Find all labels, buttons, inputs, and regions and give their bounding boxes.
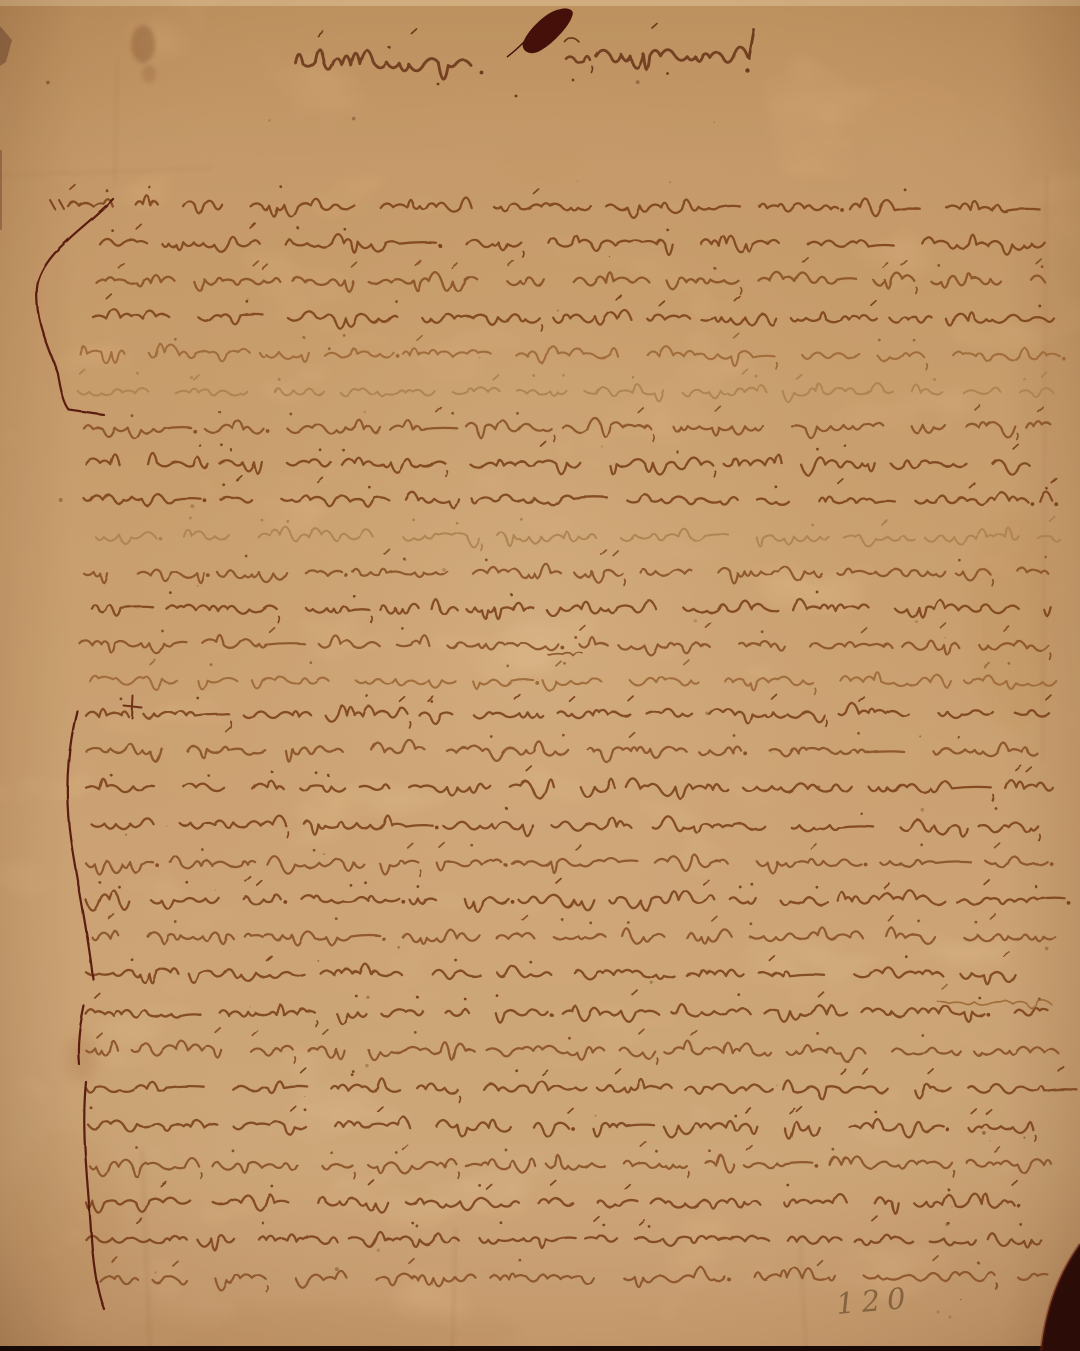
- diacritic-dot: [210, 663, 213, 666]
- diacritic-dot: [401, 627, 404, 630]
- paper-speck: [197, 585, 199, 587]
- diacritic-dot: [505, 1149, 508, 1152]
- comma-mark: [657, 1058, 658, 1064]
- diacritic-dot: [947, 1222, 950, 1225]
- diacritic-dot: [131, 414, 134, 417]
- paper-speck: [364, 411, 367, 414]
- diacritic-dot: [431, 701, 434, 704]
- page-number-dot: [937, 1311, 940, 1314]
- diacritic-dot: [464, 998, 467, 1001]
- diacritic-dot: [310, 662, 313, 665]
- paper-speck: [166, 825, 167, 826]
- period-dot: [1062, 357, 1066, 361]
- diacritic-dot: [774, 485, 777, 488]
- diacritic-dot: [786, 1183, 789, 1186]
- diacritic-dot: [350, 884, 353, 887]
- diacritic-dot: [816, 447, 819, 450]
- paper-stain: [845, 80, 965, 160]
- diacritic-dot: [532, 374, 535, 377]
- diacritic-dot: [739, 886, 742, 889]
- diacritic-dot: [562, 734, 565, 737]
- diacritic-dot: [395, 300, 398, 303]
- diacritic-dot: [515, 1069, 518, 1072]
- paper-speck: [557, 309, 560, 312]
- comma-mark: [625, 580, 626, 586]
- paper-speck: [154, 1271, 157, 1274]
- diacritic-dot: [312, 848, 315, 851]
- period-dot: [479, 70, 483, 74]
- diacritic-dot: [1045, 487, 1048, 490]
- diacritic-dot: [169, 591, 172, 594]
- diacritic-dot: [416, 885, 419, 888]
- paper-speck: [249, 1006, 250, 1007]
- comma-mark: [715, 471, 716, 477]
- diacritic-dot: [505, 807, 508, 810]
- comma-mark: [815, 688, 816, 694]
- scan-edge-bottom: [0, 1346, 1080, 1351]
- diacritic-dot: [978, 996, 981, 999]
- paper-speck: [609, 256, 610, 257]
- diacritic-dot: [520, 518, 523, 521]
- paper-speck: [944, 637, 946, 639]
- period-dot: [535, 681, 539, 685]
- period-dot: [986, 1012, 990, 1016]
- diacritic-dot: [161, 630, 164, 633]
- diacritic-dot: [304, 1108, 307, 1111]
- period-dot: [504, 863, 508, 867]
- paper-speck: [577, 180, 579, 182]
- diacritic-dot: [921, 1034, 924, 1037]
- diacritic-dot: [352, 1070, 355, 1073]
- diacritic-dot: [755, 375, 758, 378]
- diacritic-dot: [761, 631, 764, 634]
- period-dot: [396, 355, 400, 359]
- paper-speck: [770, 751, 772, 753]
- diacritic-dot: [198, 444, 201, 447]
- period-dot: [727, 1278, 731, 1282]
- diacritic-dot: [289, 413, 292, 416]
- diacritic-dot: [364, 881, 367, 884]
- paper-speck: [636, 80, 640, 84]
- period-dot: [193, 429, 197, 433]
- comma-mark: [592, 67, 593, 73]
- diacritic-dot: [1035, 886, 1038, 889]
- diacritic-dot: [111, 229, 114, 232]
- diacritic-dot: [817, 1033, 820, 1036]
- diacritic-dot: [750, 883, 753, 886]
- diacritic-dot: [244, 554, 247, 557]
- paper-speck: [990, 1140, 991, 1141]
- comma-mark: [480, 544, 481, 550]
- diacritic-dot: [262, 1222, 265, 1225]
- diacritic-dot: [190, 376, 193, 379]
- paper-speck: [479, 357, 480, 358]
- paper-speck: [190, 504, 194, 508]
- paper-speck: [1045, 947, 1049, 951]
- comma-mark: [459, 1096, 460, 1102]
- paper-speck: [304, 1096, 306, 1098]
- diacritic-dot: [271, 770, 274, 773]
- diacritic-dot: [118, 886, 121, 889]
- period-dot: [203, 499, 207, 503]
- diacritic-dot: [995, 807, 998, 810]
- comma-mark: [993, 795, 994, 801]
- paper-stain: [142, 65, 156, 83]
- diacritic-dot: [303, 336, 306, 339]
- diacritic-dot: [471, 844, 474, 847]
- diacritic-dot: [355, 995, 358, 998]
- comma-mark: [522, 251, 523, 257]
- paper-speck: [317, 960, 319, 962]
- diacritic-dot: [734, 1114, 737, 1117]
- comma-mark: [446, 471, 447, 477]
- diacritic-dot: [297, 227, 300, 230]
- paper-speck: [919, 735, 921, 737]
- paper-stain: [131, 25, 155, 63]
- diacritic-dot: [148, 186, 151, 189]
- comma-mark: [354, 1173, 355, 1179]
- diacritic-dot: [816, 886, 819, 889]
- diacritic-dot: [110, 774, 113, 777]
- paper-speck: [921, 808, 925, 812]
- diacritic-dot: [975, 921, 978, 924]
- period-dot: [560, 645, 564, 649]
- diacritic-dot: [957, 736, 960, 739]
- comma-mark: [409, 721, 410, 727]
- comma-mark: [295, 1058, 296, 1064]
- diacritic-dot: [342, 449, 345, 452]
- diacritic-dot: [844, 445, 847, 448]
- diacritic-dot: [207, 774, 210, 777]
- diacritic-dot: [416, 1225, 419, 1228]
- paper-speck: [247, 298, 249, 300]
- paper-speck: [215, 889, 217, 891]
- diacritic-dot: [666, 229, 669, 232]
- paper-stain: [10, 1130, 120, 1300]
- diacritic-dot: [529, 960, 532, 963]
- diacritic-dot: [1041, 266, 1044, 269]
- diacritic-dot: [713, 267, 716, 270]
- diacritic-dot: [506, 664, 509, 667]
- comma-mark: [1050, 654, 1051, 660]
- diacritic-dot: [648, 1225, 651, 1228]
- period-dot: [1054, 502, 1058, 506]
- paper-speck: [776, 1084, 778, 1086]
- diacritic-dot: [913, 339, 916, 342]
- diacritic-dot: [174, 338, 177, 341]
- diacritic-dot: [330, 1151, 333, 1154]
- comma-mark: [1039, 835, 1040, 841]
- diacritic-dot: [562, 374, 565, 377]
- diacritic-dot: [90, 1106, 93, 1109]
- period-dot: [438, 244, 442, 248]
- exclamation-dot: [745, 68, 749, 72]
- period-dot: [511, 900, 515, 904]
- diacritic-dot: [676, 450, 679, 453]
- diacritic-dot: [737, 993, 740, 996]
- period-dot: [1017, 1204, 1021, 1208]
- diacritic-dot: [278, 378, 281, 381]
- diacritic-dot: [196, 697, 199, 700]
- paper-speck: [365, 1064, 368, 1067]
- diacritic-dot: [334, 917, 337, 920]
- diacritic-dot: [516, 411, 519, 414]
- comma-mark: [954, 1171, 955, 1177]
- comma-mark: [916, 287, 917, 293]
- paper-speck: [335, 1267, 339, 1271]
- period-dot: [206, 574, 210, 578]
- diacritic-dot: [319, 449, 322, 452]
- diacritic-dot: [733, 734, 736, 737]
- period-dot: [158, 536, 162, 540]
- diacritic-dot: [904, 188, 907, 191]
- diacritic-dot: [878, 339, 881, 342]
- period-dot: [815, 1164, 819, 1168]
- comma-mark: [826, 720, 827, 726]
- paper-speck: [595, 1115, 597, 1117]
- paper-speck: [915, 620, 918, 623]
- comma-mark: [688, 1172, 689, 1178]
- paper-speck: [366, 996, 369, 999]
- diacritic-dot: [510, 593, 513, 596]
- diacritic-dot: [496, 994, 499, 997]
- paper-speck: [442, 568, 446, 572]
- diacritic-dot: [327, 774, 330, 777]
- diacritic-dot: [811, 523, 814, 526]
- diacritic-dot: [454, 959, 457, 962]
- paper-speck: [268, 119, 270, 121]
- period-dot: [571, 1127, 575, 1131]
- diacritic-dot: [232, 1150, 235, 1153]
- comma-mark: [776, 363, 777, 369]
- diacritic-dot: [403, 558, 406, 561]
- paper-background: [0, 0, 1080, 1351]
- diacritic-dot: [131, 958, 134, 961]
- paper-speck: [1023, 1136, 1025, 1138]
- diacritic-dot: [499, 1221, 502, 1224]
- comma-mark: [992, 579, 993, 585]
- period-dot: [1050, 862, 1054, 866]
- diacritic-dot: [365, 694, 368, 697]
- period-dot: [550, 1013, 554, 1017]
- paper-speck: [377, 1249, 381, 1253]
- diacritic-dot: [933, 378, 936, 381]
- paper-speck: [125, 833, 127, 835]
- diacritic-dot: [602, 1224, 605, 1227]
- paper-speck: [397, 946, 400, 949]
- paper-speck: [694, 619, 698, 623]
- paper-speck: [59, 498, 63, 502]
- period-dot: [946, 1128, 950, 1132]
- diacritic-dot: [518, 1258, 521, 1261]
- diacritic-dot: [857, 731, 860, 734]
- paper-speck: [46, 81, 50, 85]
- left-edge-mark: [0, 150, 2, 230]
- diacritic-dot: [280, 186, 283, 189]
- diacritic-dot: [515, 95, 518, 98]
- diacritic-dot: [832, 1148, 835, 1151]
- diacritic-dot: [667, 73, 670, 76]
- diacritic-dot: [574, 636, 577, 639]
- diacritic-dot: [1023, 378, 1026, 381]
- period-dot: [283, 900, 287, 904]
- diacritic-dot: [135, 1146, 138, 1149]
- diacritic-dot: [709, 1150, 712, 1153]
- diacritic-dot: [451, 412, 454, 415]
- diacritic-dot: [174, 920, 177, 923]
- comma-mark: [1035, 1136, 1036, 1142]
- period-dot: [864, 863, 868, 867]
- diacritic-dot: [590, 922, 593, 925]
- paper-speck: [323, 853, 325, 855]
- diacritic-dot: [105, 189, 108, 192]
- diacritic-dot: [413, 519, 416, 522]
- comma-mark: [926, 363, 927, 369]
- diacritic-dot: [218, 410, 221, 413]
- diacritic-dot: [220, 443, 223, 446]
- paper-speck: [669, 181, 671, 183]
- diacritic-dot: [655, 1150, 658, 1153]
- paper-stain: [67, 1034, 97, 1082]
- diacritic-dot: [563, 661, 566, 664]
- diacritic-dot: [185, 881, 188, 884]
- period-dot: [156, 864, 160, 868]
- paper-speck: [328, 347, 331, 350]
- paper-speck: [137, 608, 138, 609]
- diacritic-dot: [350, 1073, 353, 1076]
- diacritic-dot: [98, 881, 101, 884]
- diacritic-dot: [368, 486, 371, 489]
- manuscript-scan: 120: [0, 0, 1080, 1351]
- diacritic-dot: [479, 1184, 482, 1187]
- diacritic-dot: [136, 372, 139, 375]
- comma-mark: [740, 288, 741, 294]
- diacritic-dot: [921, 844, 924, 847]
- diacritic-dot: [627, 921, 630, 924]
- paper-speck: [650, 981, 653, 984]
- diacritic-dot: [905, 955, 908, 958]
- diacritic-dot: [222, 483, 225, 486]
- comma-mark: [278, 616, 279, 622]
- diacritic-dot: [343, 228, 346, 231]
- comma-mark: [201, 1173, 202, 1179]
- diacritic-dot: [353, 595, 356, 598]
- period-dot: [840, 208, 844, 212]
- diacritic-dot: [270, 1184, 273, 1187]
- comma-mark: [288, 832, 289, 838]
- diacritic-dot: [188, 516, 191, 519]
- period-dot: [435, 826, 439, 830]
- diacritic-dot: [918, 920, 921, 923]
- diacritic-dot: [1008, 662, 1011, 665]
- diacritic-dot: [437, 83, 440, 86]
- page-number: 120: [835, 1280, 914, 1321]
- diacritic-dot: [395, 1151, 398, 1154]
- paper-stain: [498, 149, 582, 181]
- diacritic-dot: [816, 591, 819, 594]
- diacritic-dot: [632, 376, 635, 379]
- period-dot: [1067, 901, 1071, 905]
- paper-speck: [982, 1131, 986, 1135]
- paper-speck: [960, 1299, 961, 1300]
- diacritic-dot: [957, 558, 960, 561]
- diacritic-dot: [413, 1031, 416, 1034]
- paper-speck: [713, 122, 714, 123]
- page-number-dot: [949, 1316, 952, 1319]
- diacritic-dot: [937, 264, 940, 267]
- diacritic-dot: [572, 79, 575, 82]
- diacritic-dot: [343, 334, 346, 337]
- diacritic-dot: [1044, 555, 1047, 558]
- diacritic-dot: [388, 46, 391, 49]
- paper-speck: [951, 1206, 953, 1208]
- comma-mark: [420, 870, 421, 876]
- diacritic-dot: [874, 1111, 877, 1114]
- diacritic-dot: [286, 520, 289, 523]
- period-dot: [344, 573, 348, 577]
- diacritic-dot: [947, 1188, 950, 1191]
- period-dot: [401, 900, 405, 904]
- diacritic-dot: [1038, 305, 1041, 308]
- diacritic-dot: [411, 1222, 414, 1225]
- comma-mark: [316, 1020, 317, 1026]
- diacritic-dot: [490, 736, 493, 739]
- diacritic-dot: [230, 449, 233, 452]
- diacritic-dot: [561, 918, 564, 921]
- diacritic-dot: [750, 923, 753, 926]
- diacritic-dot: [455, 521, 458, 524]
- diacritic-dot: [1019, 1223, 1022, 1226]
- diacritic-dot: [569, 1037, 572, 1040]
- period-dot: [743, 751, 747, 755]
- period-dot: [382, 937, 386, 941]
- period-dot: [266, 429, 270, 433]
- scanned-manuscript-page: 120: [0, 0, 1080, 1351]
- paper-speck: [352, 117, 356, 121]
- diacritic-dot: [315, 771, 318, 774]
- paper-vignette: [0, 0, 1080, 1351]
- comma-mark: [458, 1172, 459, 1178]
- period-dot: [1030, 502, 1034, 506]
- diacritic-dot: [245, 300, 248, 303]
- diacritic-dot: [201, 849, 204, 852]
- comma-mark: [371, 616, 372, 622]
- comma-mark: [541, 325, 542, 331]
- diacritic-dot: [860, 812, 863, 815]
- diacritic-dot: [120, 698, 123, 701]
- diacritic-dot: [416, 996, 419, 999]
- diacritic-dot: [977, 1262, 980, 1265]
- diacritic-dot: [485, 558, 488, 561]
- diacritic-dot: [261, 519, 264, 522]
- paper-speck: [601, 445, 604, 448]
